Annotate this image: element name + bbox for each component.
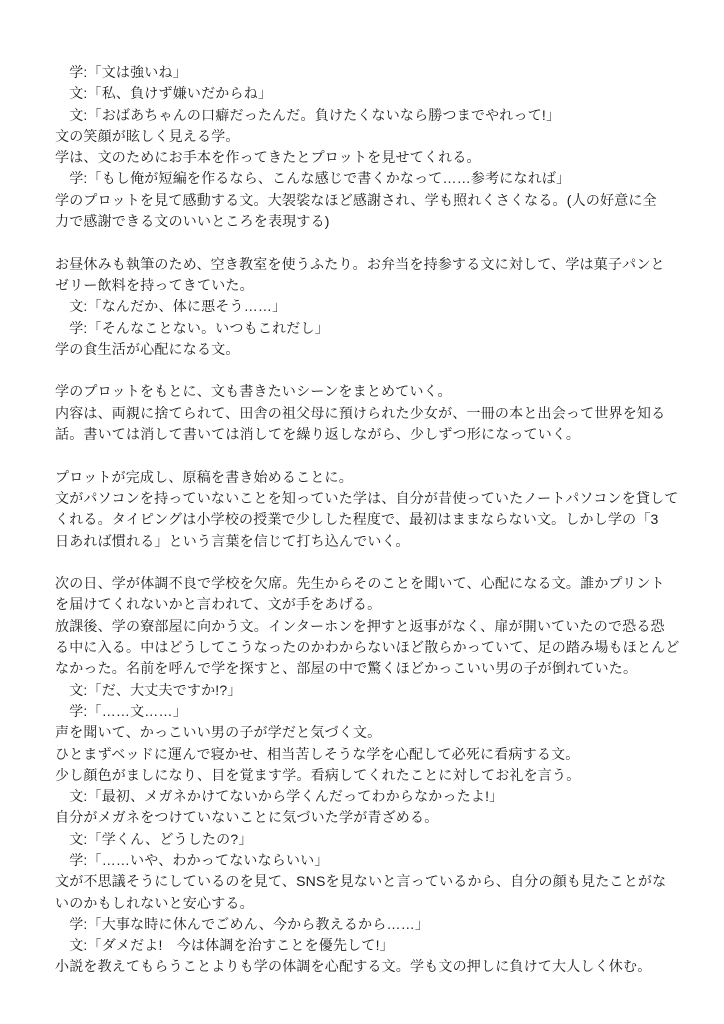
text-line: る中に入る。中はどうしてこうなったのかわからないほど散らかっていて、足の踏み場も… [55, 637, 666, 658]
text-line: 力で感謝できる文のいいところを表現する) [55, 211, 666, 232]
text-line: を届けてくれないかと言われて、文が手をあげる。 [55, 594, 666, 615]
text-line: 学:「……いや、わかってないならいい」 [55, 850, 666, 871]
text-line: 学のプロットを見て感動する文。大袈裟なほど感謝され、学も照れくさくなる。(人の好… [55, 190, 666, 211]
text-line: くれる。タイピングは小学校の授業で少しした程度で、最初はままならない文。しかし学… [55, 509, 666, 530]
text-line: 文:「おばあちゃんの口癖だったんだ。負けたくないなら勝つまでやれって!」 [55, 105, 666, 126]
text-line: 学:「もし俺が短編を作るなら、こんな感じで書くかなって……参考になれば」 [55, 168, 666, 189]
document-page: 学:「文は強いね」 文:「私、負けず嫌いだからね」 文:「おばあちゃんの口癖だっ… [0, 0, 724, 1024]
text-line: いのかもしれないと安心する。 [55, 893, 666, 914]
text-line: 文:「学くん、どうしたの?」 [55, 829, 666, 850]
text-line: 自分がメガネをつけていないことに気づいた学が青ざめる。 [55, 807, 666, 828]
text-line: 学:「文は強いね」 [55, 62, 666, 83]
text-line: 内容は、両親に捨てられて、田舎の祖父母に預けられた少女が、一冊の本と出会って世界… [55, 403, 666, 424]
document-body: 学:「文は強いね」 文:「私、負けず嫌いだからね」 文:「おばあちゃんの口癖だっ… [55, 62, 666, 978]
text-line: 文:「最初、メガネかけてないから学くんだってわからなかったよ!」 [55, 786, 666, 807]
text-line: 文が不思議そうにしているのを見て、SNSを見ないと言っているから、自分の顔も見た… [55, 871, 666, 892]
text-line: 学のプロットをもとに、文も書きたいシーンをまとめていく。 [55, 381, 666, 402]
text-line: プロットが完成し、原稿を書き始めることに。 [55, 467, 666, 488]
text-line: ゼリー飲料を持ってきていた。 [55, 275, 666, 296]
text-line: なかった。名前を呼んで学を探すと、部屋の中で驚くほどかっこいい男の子が倒れていた… [55, 658, 666, 679]
text-line: 文:「なんだか、体に悪そう……」 [55, 296, 666, 317]
blank-line [55, 552, 666, 573]
blank-line [55, 360, 666, 381]
text-line: 文がパソコンを持っていないことを知っていた学は、自分が昔使っていたノートパソコン… [55, 488, 666, 509]
text-line: 次の日、学が体調不良で学校を欠席。先生からそのことを聞いて、心配になる文。誰かプ… [55, 573, 666, 594]
text-line: 声を聞いて、かっこいい男の子が学だと気づく文。 [55, 722, 666, 743]
text-line: 文の笑顔が眩しく見える学。 [55, 126, 666, 147]
text-line: 放課後、学の寮部屋に向かう文。インターホンを押すと返事がなく、扉が開いていたので… [55, 616, 666, 637]
text-line: 文:「私、負けず嫌いだからね」 [55, 83, 666, 104]
text-line: 学:「……文……」 [55, 701, 666, 722]
text-line: 日あれば慣れる」という言葉を信じて打ち込んでいく。 [55, 531, 666, 552]
text-line: ひとまずベッドに運んで寝かせ、相当苦しそうな学を心配して必死に看病する文。 [55, 744, 666, 765]
text-line: 学の食生活が心配になる文。 [55, 339, 666, 360]
text-line: 話。書いては消して書いては消してを繰り返しながら、少しずつ形になっていく。 [55, 424, 666, 445]
text-line: お昼休みも執筆のため、空き教室を使うふたり。お弁当を持参する文に対して、学は菓子… [55, 254, 666, 275]
text-line: 学:「大事な時に休んでごめん、今から教えるから……」 [55, 914, 666, 935]
text-line: 学:「そんなことない。いつもこれだし」 [55, 318, 666, 339]
text-line: 文:「ダメだよ! 今は体調を治すことを優先して!」 [55, 935, 666, 956]
text-line: 小説を教えてもらうことよりも学の体調を心配する文。学も文の押しに負けて大人しく休… [55, 956, 666, 977]
text-line: 学は、文のためにお手本を作ってきたとプロットを見せてくれる。 [55, 147, 666, 168]
text-line: 文:「だ、大丈夫ですか!?」 [55, 680, 666, 701]
text-line: 少し顔色がましになり、目を覚ます学。看病してくれたことに対してお礼を言う。 [55, 765, 666, 786]
blank-line [55, 445, 666, 466]
blank-line [55, 232, 666, 253]
